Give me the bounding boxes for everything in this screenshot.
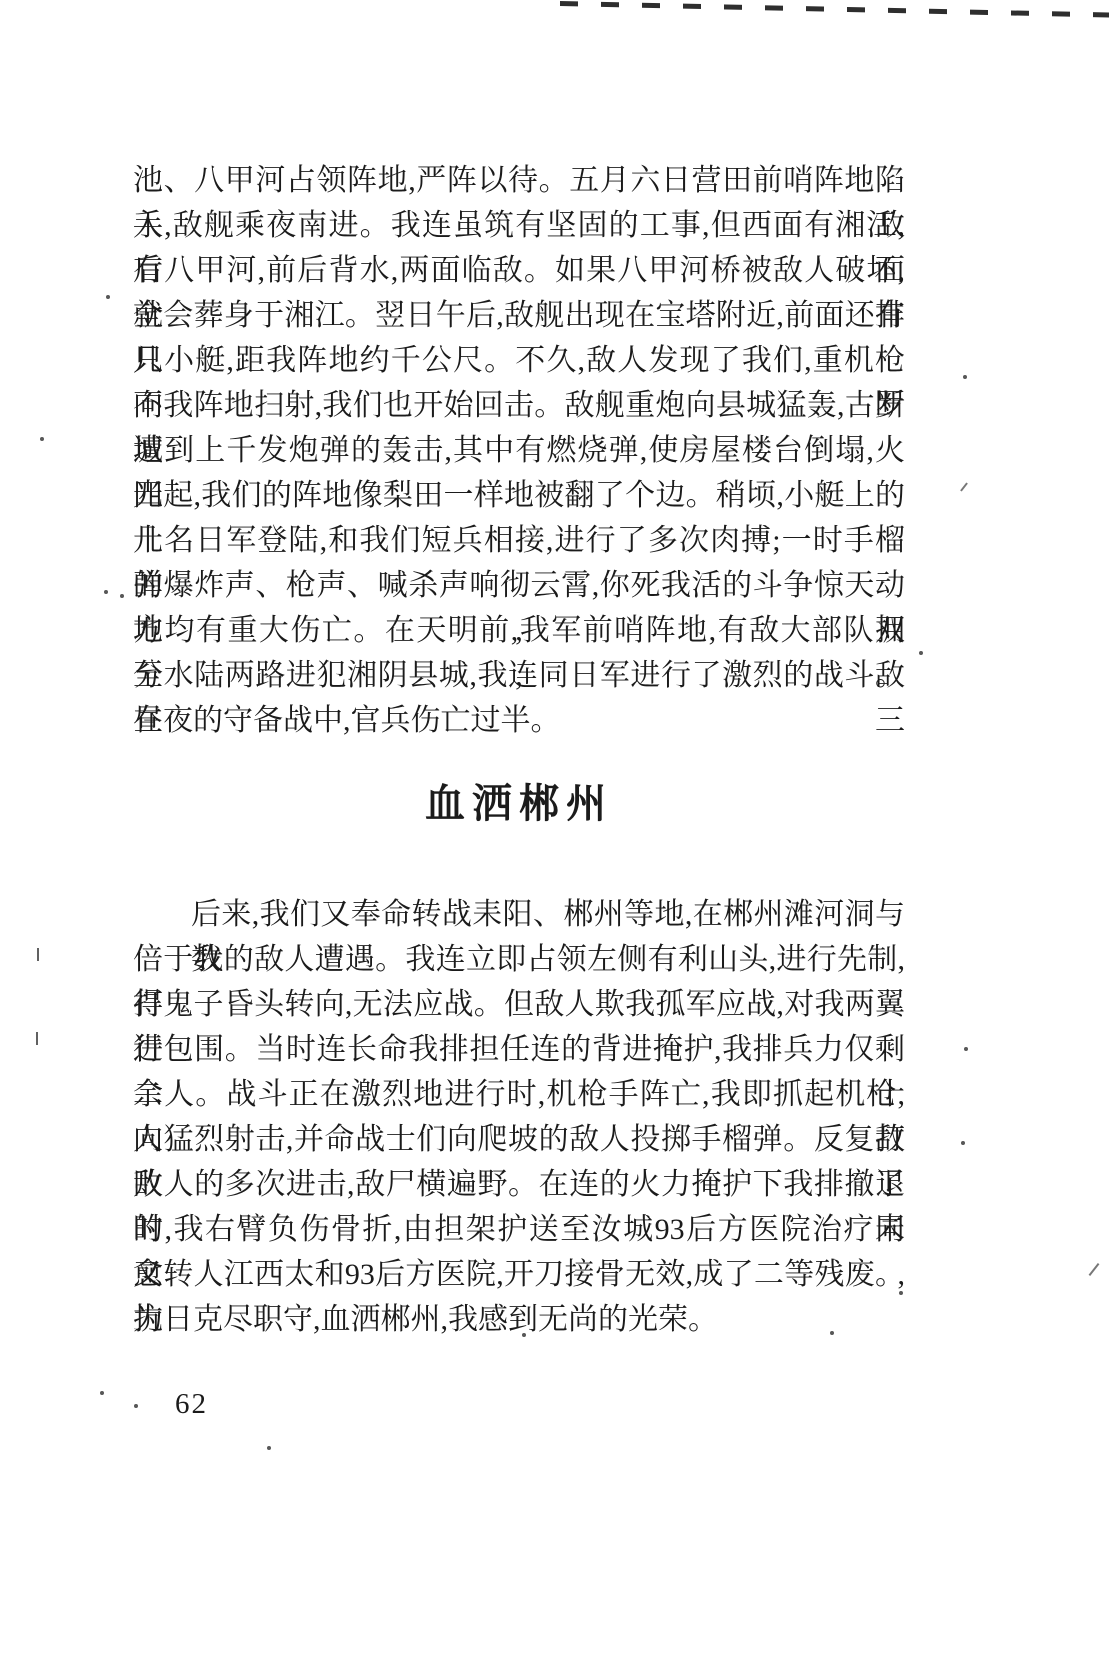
scan-speck [964,1047,968,1051]
scan-speck [120,594,124,598]
scan-speck [134,1404,138,1408]
text-line: 分水陆两路进犯湘阴县城,我连同日军进行了激烈的战斗。在三 [133,653,905,698]
paragraph-blood-chenzhou: 后来,我们又奉命转战耒阳、郴州等地,在郴州滩河洞与数倍于我的敌人遭遇。我连立即占… [133,892,905,1342]
dashed-page-edge-decoration [560,1,1109,18]
scan-speck [1089,1263,1100,1276]
text-line: 得鬼子昏头转向,无法应战。但敌人欺我孤军应战,对我两翼进 [133,982,905,1027]
text-line: 向我阵地扫射,我们也开始回击。敌舰重炮向县城猛轰,古罗城 [133,383,905,428]
scan-speck [522,1333,526,1337]
text-line: 又转人江西太和93后方医院,开刀接骨无效,成了二等残废。为 [133,1252,905,1297]
text-line: 倍于我的敌人遭遇。我连立即占领左侧有利山头,进行先制,打 [133,937,905,982]
text-line: 后来,我们又奉命转战耒阳、郴州等地,在郴州滩河洞与数 [133,892,905,937]
paragraph-xiangyin-battle: 池、八甲河占领阵地,严阵以待。五月六日营田前哨阵地陷入敌手,敌舰乘夜南进。我连虽… [133,158,905,743]
scan-speck [960,482,968,491]
scan-speck [963,375,967,379]
scan-speck [267,1446,271,1450]
text-line: 只小艇,距我阵地约千公尺。不久,敌人发现了我们,重机枪不断 [133,338,905,383]
text-line: 的爆炸声、枪声、喊杀声响彻云霄,你死我活的斗争惊天动地,双 [133,563,905,608]
page-number: 62 [175,1388,208,1421]
page-text-column: 池、八甲河占领阵地,严阵以待。五月六日营田前哨阵地陷入敌手,敌舰乘夜南进。我连虽… [133,158,905,1342]
text-line: 方均有重大伤亡。在天明前,我军前哨阵地,有敌大部队拥至,敌 [133,608,905,653]
text-line: 四起,我们的阵地像梨田一样地被翻了个边。稍顷,小艇上的几 [133,473,905,518]
scan-speck [919,651,923,655]
text-line: 就会葬身于湘江。翌日午后,敌舰出现在宝塔附近,前面还有几 [133,293,905,338]
scan-speck [899,1291,903,1295]
scan-speck [40,437,44,441]
text-line: 人猛烈射击,并命战士们向爬坡的敌人投掷手榴弹。反复打败了 [133,1117,905,1162]
text-line: 十名日军登陆,和我们短兵相接,进行了多次肉搏;一时手榴弹 [133,518,905,563]
text-line: 抗日克尽职守,血洒郴州,我感到无尚的光荣。 [133,1297,905,1342]
text-line: 遭到上千发炮弹的轰击,其中有燃烧弹,使房屋楼台倒塌,火光 [133,428,905,473]
text-line: 行包围。当时连长命我排担任连的背进掩护,我排兵力仅剩二十 [133,1027,905,1072]
text-line: 手,敌舰乘夜南进。我连虽筑有坚固的工事,但西面有湘江,后面 [133,203,905,248]
scan-speck [830,1331,834,1335]
scan-speck [961,1141,965,1145]
text-line: 余人。战斗正在激烈地进行时,机枪手阵亡,我即抓起机枪,向敌 [133,1072,905,1117]
scan-speck [36,1032,38,1045]
text-line: 敌人的多次进击,敌尸横遍野。在连的火力掩护下我排撤退的同 [133,1162,905,1207]
scan-speck [104,590,108,594]
scan-speck [106,295,110,299]
section-title: 血洒郴州 [133,783,905,825]
text-line: 有八甲河,前后背水,两面临敌。如果八甲河桥被敌人破坏,全排 [133,248,905,293]
scan-speck [37,948,39,961]
scan-speck [100,1391,104,1395]
text-line: 池、八甲河占领阵地,严阵以待。五月六日营田前哨阵地陷入敌 [133,158,905,203]
text-line: 时,我右臂负伤骨折,由担架护送至汝城93后方医院治疗未愈, [133,1207,905,1252]
